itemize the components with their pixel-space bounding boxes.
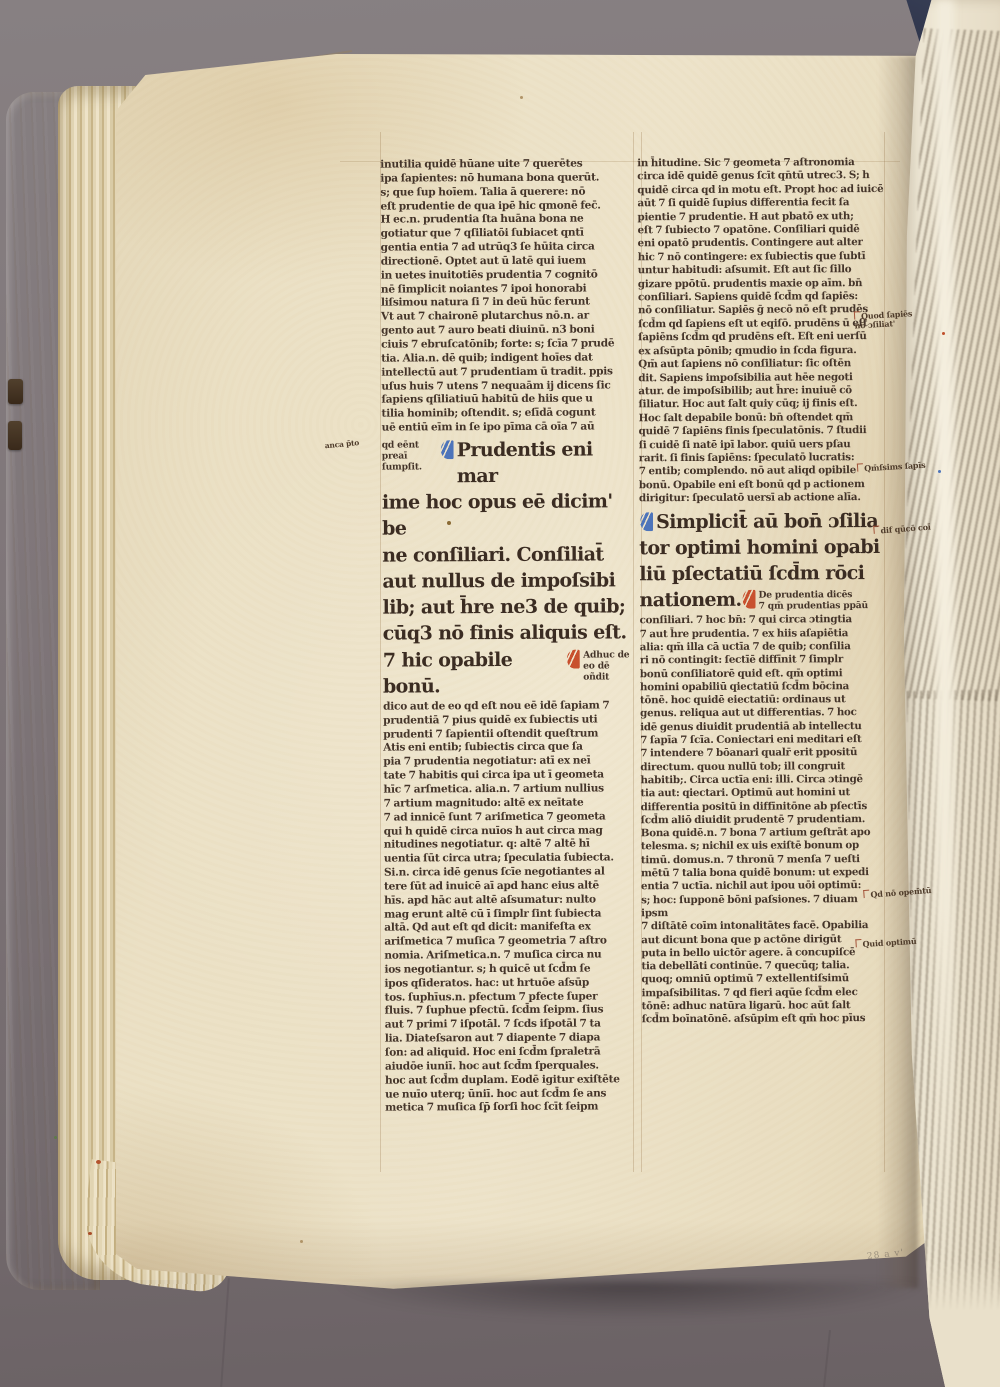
margin-note-text: Qm̄ſsims ſapīs [864, 459, 926, 473]
pencil-shelfmark: 28 a v' [867, 1248, 905, 1262]
margin-note-text: Quid optimū [862, 935, 916, 948]
margin-note-left: anca p̄to [324, 436, 379, 450]
text-block: inutilia quidē hūane uite 7 querētes ipa… [0, 0, 1000, 1387]
display-script-line: Simplicit̄ aū bon̄ ɔſilia [656, 508, 878, 535]
column-a-display-row-7: 7 hic opabile bonū. Adhuc de eo dē oñdit [383, 646, 636, 700]
column-b-display-row-4: nationem. De prudentia dicēs 7 qm̄ prude… [639, 586, 885, 613]
column-b-small-top: in h̄itudine. Sic 7 geometa 7 aſtronomia… [637, 156, 885, 506]
blue-paraph-icon [441, 440, 454, 459]
note-tick-icon [855, 939, 861, 947]
margin-note-text: dif qūcō coī [880, 521, 931, 535]
display-script-line: ne conſiliari. Conſiliat̄ [382, 541, 635, 569]
display-script-line: lib; aut h̄re ne3 de quib; [382, 593, 635, 621]
rubric-inline: Adhuc de eo dē oñdit [583, 649, 636, 682]
blue-paraph-icon [640, 512, 653, 531]
display-script-line: cūq3 nō finis aliquis eſt. [383, 620, 636, 648]
display-script-line: tor optimi homini opabi [639, 534, 885, 561]
display-script-line: ime hoc opus eē dicim' be [382, 489, 635, 543]
note-tick-icon [863, 889, 870, 897]
column-a-small-bottom: dico aut de eo qd eſt nou eē idē ſapiam … [383, 699, 638, 1116]
note-tick-icon [854, 311, 860, 319]
column-a-catchline: qd eēnt preaī ſumpſit. [382, 439, 440, 472]
margin-note: Quid optimū [855, 924, 942, 949]
margin-note: Qm̄ſsims ſapīs [856, 448, 953, 473]
margin-note-text: Qd nō opem̄tū [870, 885, 931, 900]
manuscript-photo: inutilia quidē hūane uite 7 querētes ipa… [0, 0, 1000, 1387]
display-script-line: 7 hic opabile bonū. [383, 646, 567, 699]
display-script-line: Prudentis eni mar [457, 436, 635, 489]
margin-note: Quod ſapiēs nō ɔſiliat' [853, 296, 947, 331]
note-tick-icon [873, 525, 880, 533]
column-a-small-top: inutilia quidē hūane uite 7 querētes ipa… [380, 157, 634, 435]
column-b: in h̄itudine. Sic 7 geometa 7 aſtronomia… [637, 156, 888, 1027]
note-tick-icon [857, 463, 863, 471]
margin-note-text: Quod ſapiēs nō ɔſiliat' [854, 308, 912, 331]
column-b-small-bottom: conſiliari. 7 hoc bn̄: 7 qui circa ɔting… [640, 613, 888, 1026]
display-script-line: nationem. [639, 587, 741, 614]
column-a-display-row-1: qd eēnt preaī ſumpſit. Prudentis eni mar [382, 436, 635, 490]
rubric-inline: De prudentia dicēs 7 qm̄ prudentias ppāū [758, 589, 867, 612]
red-paraph-icon [742, 590, 755, 609]
red-paraph-icon [567, 649, 580, 668]
column-a: inutilia quidē hūane uite 7 querētes ipa… [380, 157, 638, 1116]
display-script-line: aut nullus de impoſsibi [382, 567, 635, 595]
column-b-display-row-1: Simplicit̄ aū bon̄ ɔſilia [639, 508, 885, 535]
display-script-line: liū pſectatiū ſcd̄m rōci [639, 560, 885, 587]
